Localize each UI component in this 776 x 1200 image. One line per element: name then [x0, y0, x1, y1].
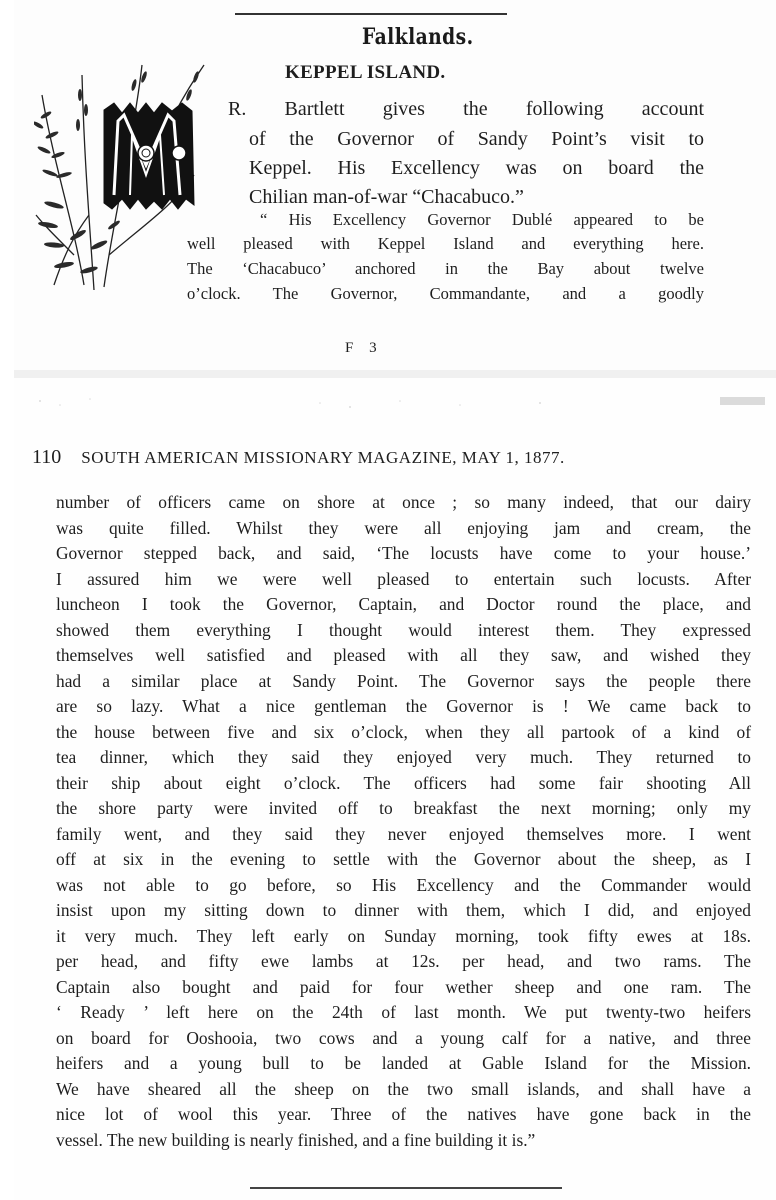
body-line: was not able to go before, so His Excell… — [56, 873, 751, 898]
running-head: 110 SOUTH AMERICAN MISSIONARY MAGAZINE, … — [32, 446, 697, 469]
bottom-rule — [250, 1187, 562, 1189]
body-line: I assured him we were well pleased to en… — [56, 567, 751, 592]
body-line: vessel. The new building is nearly finis… — [56, 1128, 751, 1153]
body-line: their ship about eight o’clock. The offi… — [56, 771, 751, 796]
body-line: the shore party were invited off to brea… — [56, 796, 751, 821]
body-line: number of officers came on shore at once… — [56, 490, 751, 515]
body-line: had a similar place at Sandy Point. The … — [56, 669, 751, 694]
publication-title: SOUTH AMERICAN MISSIONARY MAGAZINE, MAY … — [81, 448, 565, 468]
body-line: family went, and they said they never en… — [56, 822, 751, 847]
body-line: Captain also bought and paid for four we… — [56, 975, 751, 1000]
body-line: it very much. They left early on Sunday … — [56, 924, 751, 949]
body-line: We have sheared all the sheep on the two… — [56, 1077, 751, 1102]
body-line: showed them everything I thought would i… — [56, 618, 751, 643]
body-line: off at six in the evening to settle with… — [56, 847, 751, 872]
printer-signature-mark: F 3 — [345, 340, 383, 357]
quote-line: o’clock. The Governor, Commandante, and … — [187, 283, 704, 305]
body-line: was quite filled. Whilst they were all e… — [56, 516, 751, 541]
quote-line: well pleased with Keppel Island and ever… — [187, 233, 704, 255]
intro-line: of the Governor of Sandy Point’s visit t… — [249, 126, 704, 152]
body-line: luncheon I took the Governor, Captain, a… — [56, 592, 751, 617]
body-line: on board for Ooshooia, two cows and a yo… — [56, 1026, 751, 1051]
body-line: nice lot of wool this year. Three of the… — [56, 1102, 751, 1127]
body-line: heifers and a young bull to be landed at… — [56, 1051, 751, 1076]
body-line: the house between five and six o’clock, … — [56, 720, 751, 745]
bleed-through-specks — [20, 393, 770, 413]
page-number: 110 — [32, 446, 61, 469]
section-title: Falklands. — [58, 24, 718, 50]
body-line: are so lazy. What a nice gentleman the G… — [56, 694, 751, 719]
body-line: per head, and fifty ewe lambs at 12s. pe… — [56, 949, 751, 974]
intro-line: R. Bartlett gives the following account — [228, 96, 704, 122]
body-line: themselves well satisfied and pleased wi… — [56, 643, 751, 668]
quote-line: The ‘Chacabuco’ anchored in the Bay abou… — [187, 258, 704, 280]
body-line: ‘ Ready ’ left here on the 24th of last … — [56, 1000, 751, 1025]
body-line: insist upon my sitting down to dinner wi… — [56, 898, 751, 923]
article-subtitle: KEPPEL ISLAND. — [285, 62, 445, 84]
top-rule — [235, 13, 507, 15]
page-separator — [14, 370, 776, 378]
body-line: tea dinner, which they said they enjoyed… — [56, 745, 751, 770]
intro-line: Keppel. His Excellency was on board the — [249, 155, 704, 181]
body-line: Governor stepped back, and said, ‘The lo… — [56, 541, 751, 566]
intro-line: Chilian man-of-war “Chacabuco.” — [249, 184, 489, 210]
quote-line: “ His Excellency Governor Dublé appeared… — [260, 209, 704, 231]
